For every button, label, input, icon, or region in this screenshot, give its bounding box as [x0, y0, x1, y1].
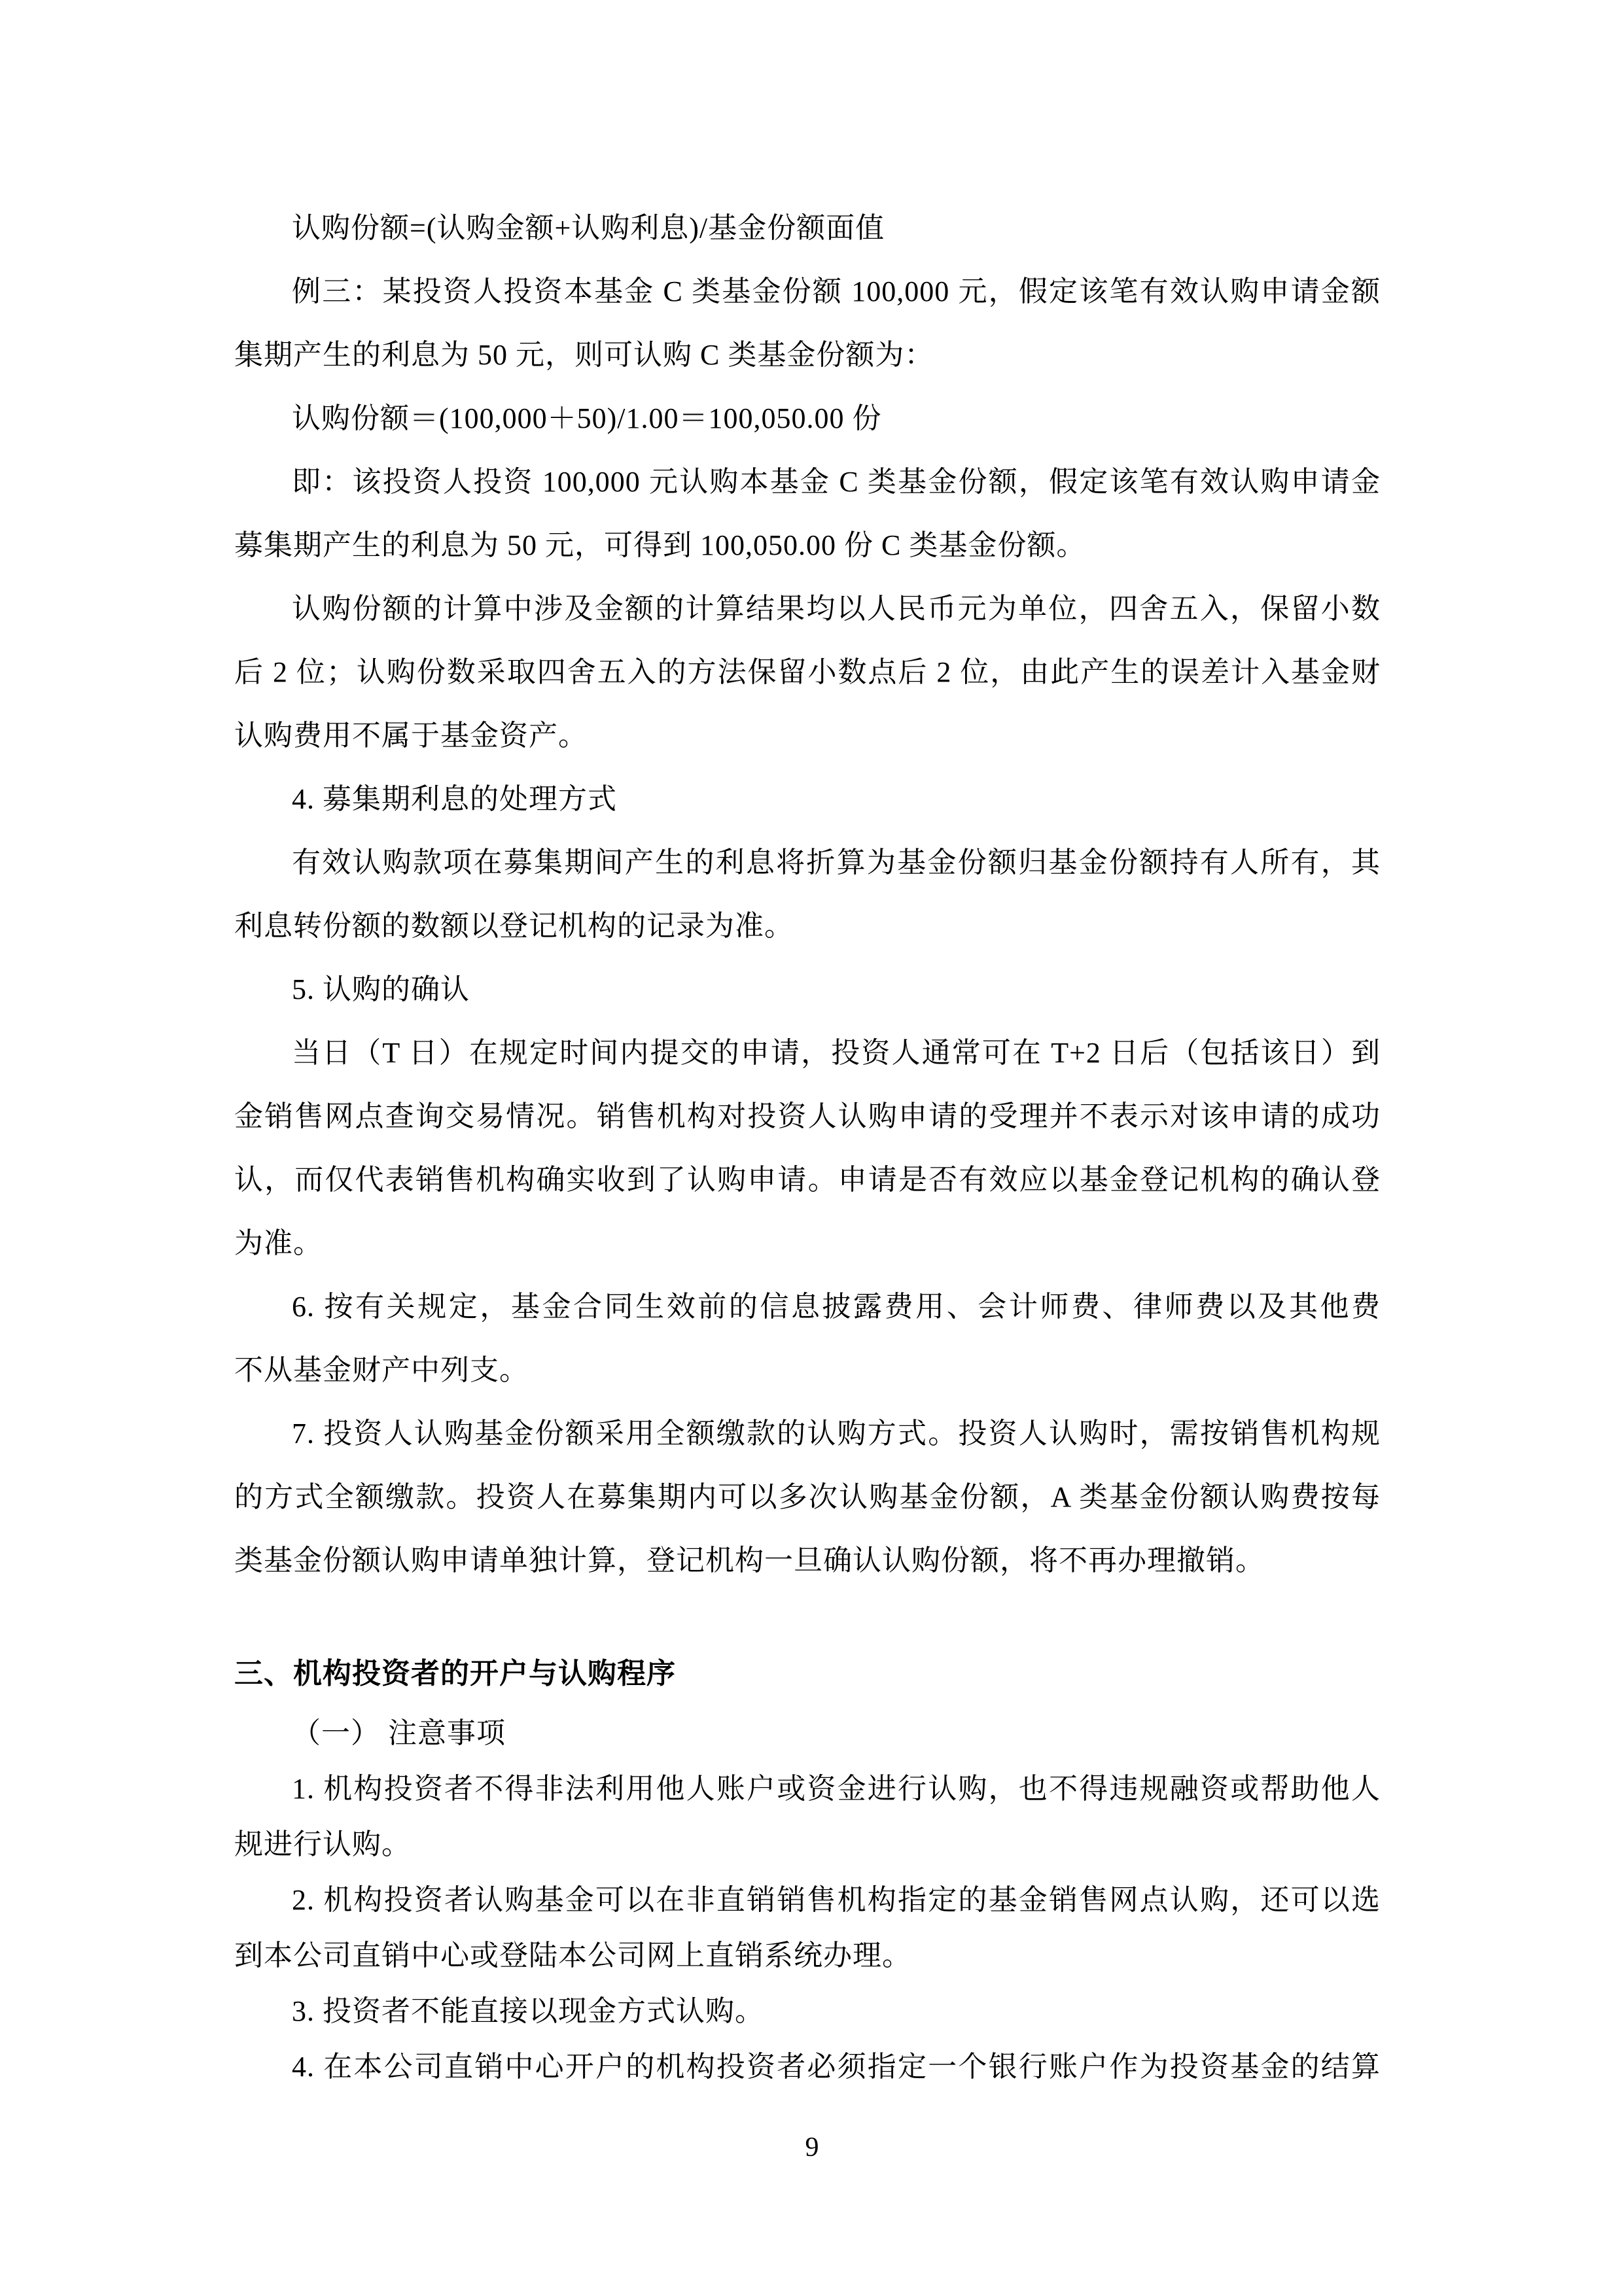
- text-line: 到本公司直销中心或登陆本公司网上直销系统办理。: [234, 1928, 1381, 1983]
- text-line: 当日（T 日）在规定时间内提交的申请，投资人通常可在 T+2 日后（包括该日）到…: [234, 1021, 1381, 1085]
- text-line: 3. 投资者不能直接以现金方式认购。: [234, 1983, 1381, 2039]
- text-line: 4. 募集期利息的处理方式: [234, 767, 1381, 831]
- text-line: 募集期产生的利息为 50 元，可得到 100,050.00 份 C 类基金份额。: [234, 513, 1381, 577]
- text-line: 6. 按有关规定，基金合同生效前的信息披露费用、会计师费、律师费以及其他费用，: [234, 1275, 1381, 1338]
- section-heading-institutional-investors: 三、机构投资者的开户与认购程序: [234, 1642, 1381, 1705]
- text-line: 集期产生的利息为 50 元，则可认购 C 类基金份额为：: [234, 323, 1381, 387]
- text-line: 1. 机构投资者不得非法利用他人账户或资金进行认购，也不得违规融资或帮助他人违: [234, 1761, 1381, 1817]
- text-line: 认购份额的计算中涉及金额的计算结果均以人民币元为单位，四舍五入，保留小数点: [234, 577, 1381, 640]
- text-line: 5. 认购的确认: [234, 958, 1381, 1021]
- section-institutional-procedure: （一） 注意事项1. 机构投资者不得非法利用他人账户或资金进行认购，也不得违规融…: [234, 1705, 1381, 2095]
- section-purchase-calculation: 认购份额=(认购金额+认购利息)/基金份额面值例三：某投资人投资本基金 C 类基…: [234, 196, 1381, 1592]
- document-body: 认购份额=(认购金额+认购利息)/基金份额面值例三：某投资人投资本基金 C 类基…: [234, 196, 1381, 2095]
- text-line: 利息转份额的数额以登记机构的记录为准。: [234, 894, 1381, 958]
- text-line: 规进行认购。: [234, 1817, 1381, 1872]
- text-line: 金销售网点查询交易情况。销售机构对投资人认购申请的受理并不表示对该申请的成功确: [234, 1085, 1381, 1148]
- text-line: 即：该投资人投资 100,000 元认购本基金 C 类基金份额，假定该笔有效认购…: [234, 450, 1381, 513]
- text-line: 认，而仅代表销售机构确实收到了认购申请。申请是否有效应以基金登记机构的确认登记: [234, 1148, 1381, 1211]
- text-line: 2. 机构投资者认购基金可以在非直销销售机构指定的基金销售网点认购，还可以选择: [234, 1872, 1381, 1928]
- text-line: 为准。: [234, 1211, 1381, 1275]
- text-line: 的方式全额缴款。投资人在募集期内可以多次认购基金份额，A 类基金份额认购费按每笔…: [234, 1465, 1381, 1529]
- text-line: 有效认购款项在募集期间产生的利息将折算为基金份额归基金份额持有人所有，其中: [234, 831, 1381, 894]
- page-number: 9: [0, 2125, 1624, 2170]
- document-page: 认购份额=(认购金额+认购利息)/基金份额面值例三：某投资人投资本基金 C 类基…: [0, 0, 1624, 2296]
- text-line: 认购份额＝(100,000＋50)/1.00＝100,050.00 份: [234, 387, 1381, 450]
- text-line: （一） 注意事项: [234, 1705, 1381, 1761]
- text-line: 后 2 位；认购份数采取四舍五入的方法保留小数点后 2 位，由此产生的误差计入基…: [234, 640, 1381, 704]
- text-line: 认购份额=(认购金额+认购利息)/基金份额面值: [234, 196, 1381, 260]
- text-line: 认购费用不属于基金资产。: [234, 704, 1381, 767]
- text-line: 不从基金财产中列支。: [234, 1338, 1381, 1402]
- text-line: 类基金份额认购申请单独计算，登记机构一旦确认认购份额，将不再办理撤销。: [234, 1529, 1381, 1592]
- text-line: 7. 投资人认购基金份额采用全额缴款的认购方式。投资人认购时，需按销售机构规定: [234, 1402, 1381, 1465]
- text-line: 例三：某投资人投资本基金 C 类基金份额 100,000 元，假定该笔有效认购申…: [234, 260, 1381, 323]
- text-line: 4. 在本公司直销中心开户的机构投资者必须指定一个银行账户作为投资基金的结算账: [234, 2039, 1381, 2095]
